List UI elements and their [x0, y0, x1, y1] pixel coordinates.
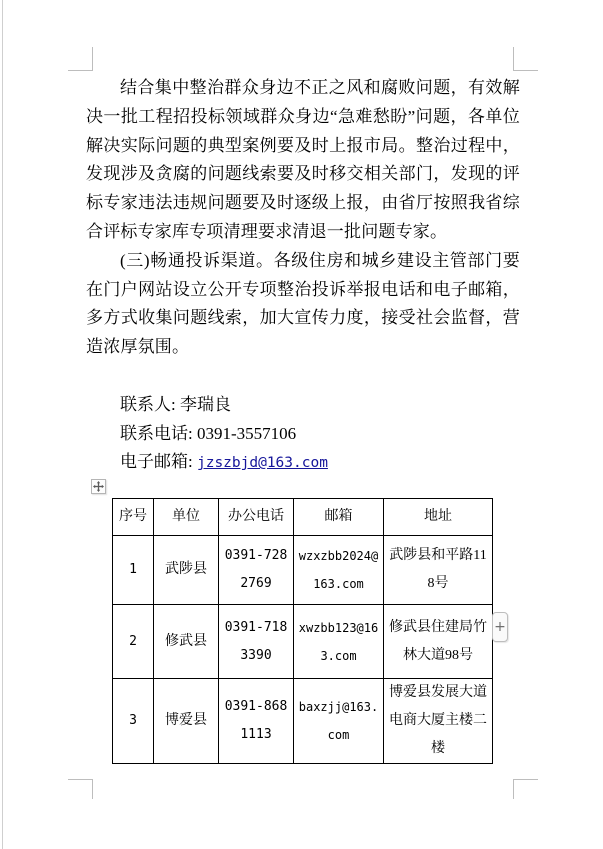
contact-person-line: 联系人: 李瑞良 — [86, 391, 520, 420]
cell-phone: 0391-7183390 — [219, 605, 294, 679]
table-header-row: 序号 单位 办公电话 邮箱 地址 — [113, 499, 493, 536]
table-row: 3 博爱县 0391-8681113 baxzjj@163.com 博爱县发展大… — [113, 679, 493, 764]
table-insert-button[interactable]: + — [492, 612, 508, 642]
plus-icon: + — [494, 620, 506, 634]
cell-address: 博爱县发展大道电商大厦主楼二楼 — [384, 679, 493, 764]
cell-serial: 1 — [113, 536, 154, 605]
contact-email-line: 电子邮箱: jzszbjd@163.com — [86, 448, 520, 478]
header-serial: 序号 — [113, 499, 154, 536]
cell-serial: 2 — [113, 605, 154, 679]
cell-address: 武陟县和平路118号 — [384, 536, 493, 605]
text-area: 结合集中整治群众身边不正之风和腐败问题，有效解决一批工程招投标领域群众身边“急难… — [0, 0, 603, 764]
cell-phone: 0391-8681113 — [219, 679, 294, 764]
cell-phone: 0391-7282769 — [219, 536, 294, 605]
cell-email: xwzbb123@163.com — [294, 605, 384, 679]
header-address: 地址 — [384, 499, 493, 536]
cell-serial: 3 — [113, 679, 154, 764]
move-cross-icon — [93, 481, 104, 492]
contact-phone-line: 联系电话: 0391-3557106 — [86, 420, 520, 449]
cell-email: wzxzbb2024@163.com — [294, 536, 384, 605]
email-link[interactable]: jzszbjd@163.com — [197, 455, 328, 471]
contact-email-label: 电子邮箱: — [120, 452, 197, 471]
body-paragraph-2: (三)畅通投诉渠道。各级住房和城乡建设主管部门要在门户网站设立公开专项整治投诉举… — [86, 247, 520, 362]
cell-unit: 武陟县 — [154, 536, 219, 605]
crop-mark-bottom-left-vertical — [92, 779, 93, 799]
cell-address: 修武县住建局竹林大道98号 — [384, 605, 493, 679]
document-page: 结合集中整治群众身边不正之风和腐败问题，有效解决一批工程招投标领域群众身边“急难… — [0, 0, 603, 849]
cell-unit: 修武县 — [154, 605, 219, 679]
contact-table-container: 序号 单位 办公电话 邮箱 地址 1 武陟县 0391-7282769 wzxz… — [112, 498, 492, 764]
cell-email: baxzjj@163.com — [294, 679, 384, 764]
blank-line — [86, 362, 520, 391]
table-move-handle[interactable] — [91, 479, 106, 494]
crop-mark-bottom-right-horizontal — [513, 779, 538, 780]
cell-unit: 博爱县 — [154, 679, 219, 764]
table-row: 1 武陟县 0391-7282769 wzxzbb2024@163.com 武陟… — [113, 536, 493, 605]
body-paragraph-1: 结合集中整治群众身边不正之风和腐败问题，有效解决一批工程招投标领域群众身边“急难… — [86, 74, 520, 247]
contact-block: 联系人: 李瑞良 联系电话: 0391-3557106 电子邮箱: jzszbj… — [86, 391, 520, 478]
contact-table: 序号 单位 办公电话 邮箱 地址 1 武陟县 0391-7282769 wzxz… — [112, 498, 493, 764]
crop-mark-bottom-right-vertical — [513, 779, 514, 799]
header-unit: 单位 — [154, 499, 219, 536]
header-phone: 办公电话 — [219, 499, 294, 536]
header-email: 邮箱 — [294, 499, 384, 536]
crop-mark-bottom-left-horizontal — [68, 779, 93, 780]
table-row: 2 修武县 0391-7183390 xwzbb123@163.com 修武县住… — [113, 605, 493, 679]
